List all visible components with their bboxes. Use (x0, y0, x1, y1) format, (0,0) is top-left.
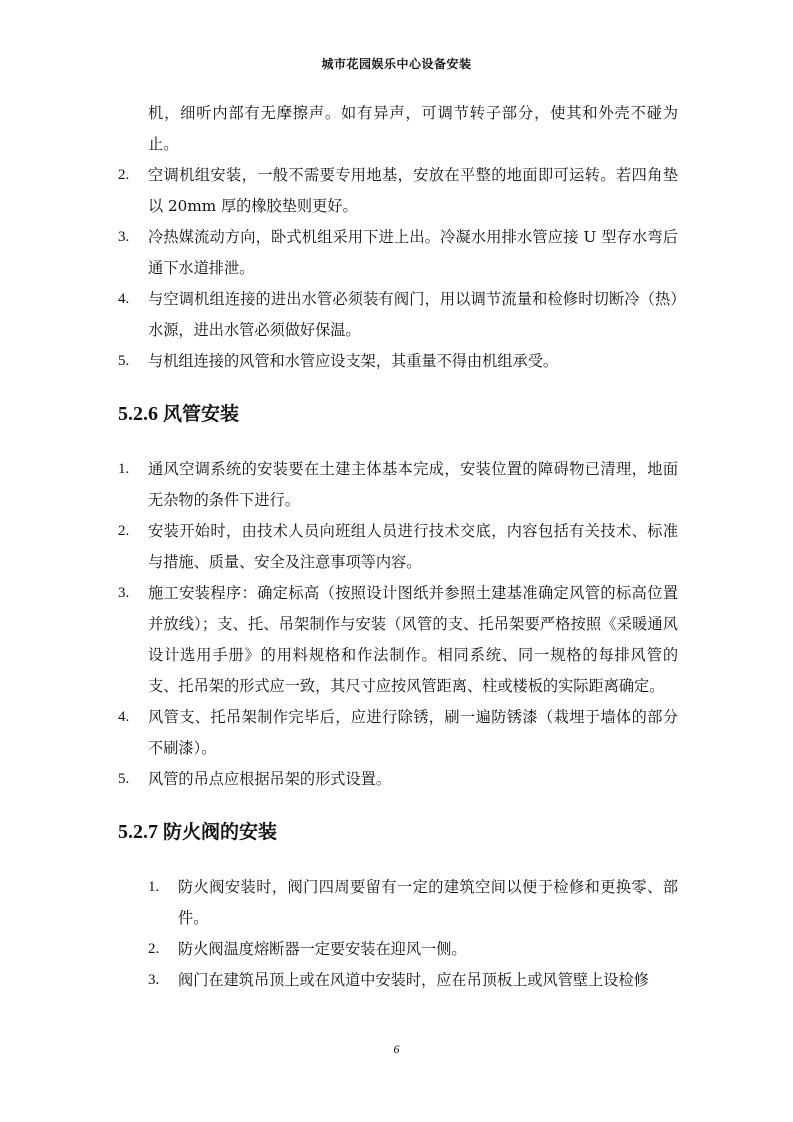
list-number: 3. (148, 965, 159, 996)
list-number: 3. (118, 578, 129, 609)
page-header: 城市花园娱乐中心设备安装 (0, 55, 793, 72)
list-text: 风管支、托吊架制作完毕后，应进行除锈，刷一遍防锈漆（栽埋于墙体的部分不刷漆）。 (148, 708, 678, 757)
list-number: 5. (118, 764, 129, 795)
list-item: 2.空调机组安装，一般不需要专用地基，安放在平整的地面即可运转。若四角垫以 20… (118, 160, 678, 222)
section-title: 防火阀的安装 (163, 821, 277, 843)
list-text: 冷热媒流动方向，卧式机组采用下进上出。冷凝水用排水管应接 U 型存水弯后通下水道… (148, 228, 678, 277)
list-item: 2.安装开始时，由技术人员向班组人员进行技术交底，内容包括有关技术、标准与措施、… (118, 516, 678, 578)
list-number: 4. (118, 284, 129, 315)
list-text: 施工安装程序：确定标高（按照设计图纸并参照土建基准确定风管的标高位置并放线）；支… (148, 584, 678, 695)
list-number: 4. (118, 702, 129, 733)
list-item: 4.与空调机组连接的进出水管必须装有阀门，用以调节流量和检修时切断冷（热）水源，… (118, 284, 678, 346)
list-number: 5. (118, 346, 129, 377)
list-text: 安装开始时，由技术人员向班组人员进行技术交底，内容包括有关技术、标准与措施、质量… (148, 522, 678, 571)
section-heading-5-2-6: 5.2.6 风管安装 (118, 399, 678, 429)
list-item: 3.冷热媒流动方向，卧式机组采用下进上出。冷凝水用排水管应接 U 型存水弯后通下… (118, 222, 678, 284)
list-fire-damper-installation: 1.防火阀安装时，阀门四周要留有一定的建筑空间以便于检修和更换零、部件。 2.防… (118, 872, 678, 996)
list-text: 风管的吊点应根据吊架的形式设置。 (148, 770, 391, 788)
document-body: 机，细听内部有无摩擦声。如有异声，可调节转子部分，使其和外壳不碰为止。 2.空调… (118, 98, 678, 996)
list-text: 阀门在建筑吊顶上或在风道中安装时，应在吊顶板上或风管壁上设检修 (178, 971, 649, 989)
list-text: 与空调机组连接的进出水管必须装有阀门，用以调节流量和检修时切断冷（热）水源，进出… (148, 290, 678, 339)
list-number: 3. (118, 222, 129, 253)
section-heading-5-2-7: 5.2.7 防火阀的安装 (118, 817, 678, 847)
list-item: 5.风管的吊点应根据吊架的形式设置。 (118, 764, 678, 795)
list-item: 1.通风空调系统的安装要在土建主体基本完成，安装位置的障碍物已清理，地面无杂物的… (118, 454, 678, 516)
list-text: 空调机组安装，一般不需要专用地基，安放在平整的地面即可运转。若四角垫以 20mm… (148, 166, 678, 215)
list-number: 1. (148, 872, 159, 903)
list-number: 2. (148, 934, 159, 965)
list-text: 与机组连接的风管和水管应设支架，其重量不得由机组承受。 (148, 352, 558, 370)
list-number: 2. (118, 160, 129, 191)
section-title: 风管安装 (163, 403, 239, 425)
continuation-paragraph: 机，细听内部有无摩擦声。如有异声，可调节转子部分，使其和外壳不碰为止。 (118, 98, 678, 160)
list-number: 1. (118, 454, 129, 485)
list-item: 2.防火阀温度熔断器一定要安装在迎风一侧。 (148, 934, 678, 965)
page-number: 6 (0, 1042, 793, 1057)
section-number: 5.2.6 (118, 403, 158, 425)
list-number: 2. (118, 516, 129, 547)
list-duct-installation: 1.通风空调系统的安装要在土建主体基本完成，安装位置的障碍物已清理，地面无杂物的… (118, 454, 678, 795)
list-text: 防火阀温度熔断器一定要安装在迎风一侧。 (178, 940, 467, 958)
list-item: 1.防火阀安装时，阀门四周要留有一定的建筑空间以便于检修和更换零、部件。 (148, 872, 678, 934)
list-item: 5.与机组连接的风管和水管应设支架，其重量不得由机组承受。 (118, 346, 678, 377)
list-installation-unit: 2.空调机组安装，一般不需要专用地基，安放在平整的地面即可运转。若四角垫以 20… (118, 160, 678, 377)
list-item: 4.风管支、托吊架制作完毕后，应进行除锈，刷一遍防锈漆（栽埋于墙体的部分不刷漆）… (118, 702, 678, 764)
list-text: 通风空调系统的安装要在土建主体基本完成，安装位置的障碍物已清理，地面无杂物的条件… (148, 460, 678, 509)
list-item: 3.阀门在建筑吊顶上或在风道中安装时，应在吊顶板上或风管壁上设检修 (148, 965, 678, 996)
list-text: 防火阀安装时，阀门四周要留有一定的建筑空间以便于检修和更换零、部件。 (178, 878, 678, 927)
section-number: 5.2.7 (118, 821, 158, 843)
list-item: 3.施工安装程序：确定标高（按照设计图纸并参照土建基准确定风管的标高位置并放线）… (118, 578, 678, 702)
paragraph-text: 机，细听内部有无摩擦声。如有异声，可调节转子部分，使其和外壳不碰为止。 (148, 104, 678, 153)
